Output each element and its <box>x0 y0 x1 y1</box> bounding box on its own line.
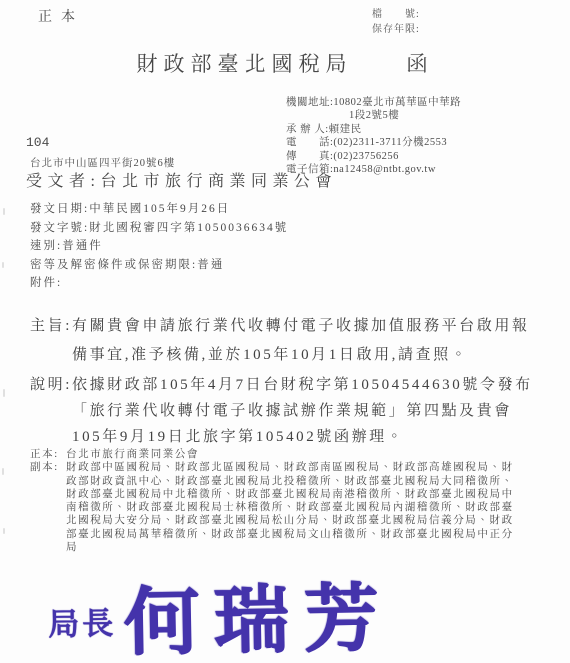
scan-artifact <box>2 262 4 268</box>
document-meta-block: 發文日期:中華民國105年9月26日 發文字號:財北國稅審四字第10500366… <box>30 200 288 293</box>
recipient-line: 受文者:台北市旅行商業同業公會 <box>26 168 337 191</box>
original-recipient-text: 台北市旅行商業同業公會 <box>66 448 514 461</box>
signature-name: 何瑞芳 <box>122 559 393 663</box>
recipient-zip-code: 104 <box>26 135 49 150</box>
document-title: 財政部臺北國稅局 函 <box>0 48 570 78</box>
agency-address-line1: 機關地址:10802臺北市萬華區中華路 <box>286 96 461 109</box>
original-recipient-label: 正本: <box>30 448 66 461</box>
document-number-line: 發文字號:財北國稅審四字第1050036634號 <box>30 219 288 238</box>
copy-recipients-label: 副本: <box>30 461 66 554</box>
security-classification-line: 密等及解密條件或保密期限:普通 <box>30 256 288 275</box>
delivery-speed-line: 速別:普通件 <box>30 237 288 256</box>
attachment-line: 附件: <box>30 274 288 293</box>
subject-clause: 主旨: 有關貴會申請旅行業代收轉付電子收據加值服務平台啟用報備事宜,准予核備,並… <box>30 312 536 370</box>
original-recipient-row: 正本: 台北市旅行商業同業公會 <box>30 448 514 461</box>
director-general-signature-stamp: 局長 何瑞芳 <box>47 559 391 663</box>
description-clause: 說明: 依據財政部105年4月7日台財稅字第10504544630號令發布「旅行… <box>30 372 536 450</box>
signature-post-title: 局長 <box>48 597 117 643</box>
copy-recipients-text: 財政部中區國稅局、財政部北區國稅局、財政部南區國稅局、財政部高雄國稅局、財政部財… <box>66 461 514 554</box>
subject-label: 主旨: <box>30 312 72 370</box>
contact-fax-line: 傳 真:(02)23756256 <box>286 150 461 163</box>
description-text: 依據財政部105年4月7日台財稅字第10504544630號令發布「旅行業代收轉… <box>72 372 536 450</box>
scan-artifact <box>3 528 5 534</box>
subject-text: 有關貴會申請旅行業代收轉付電子收據加值服務平台啟用報備事宜,准予核備,並於105… <box>72 312 536 370</box>
agency-address-line2: 1段2號5樓 <box>349 109 461 122</box>
file-number-label: 檔 號: <box>372 7 420 22</box>
agency-contact-block: 機關地址:10802臺北市萬華區中華路 1段2號5樓 承 辦 人:賴建民 電 話… <box>286 96 461 176</box>
copy-recipients-row: 副本: 財政部中區國稅局、財政部北區國稅局、財政部南區國稅局、財政部高雄國稅局、… <box>30 461 514 554</box>
scan-artifact <box>3 389 5 397</box>
scan-artifact <box>3 208 5 215</box>
file-number-block: 檔 號: 保存年限: <box>372 7 420 37</box>
official-letter-document: 正本 檔 號: 保存年限: 財政部臺北國稅局 函 機關地址:10802臺北市萬華… <box>0 0 570 663</box>
retention-period-label: 保存年限: <box>372 22 420 37</box>
copy-type-label: 正本 <box>38 6 84 26</box>
distribution-block: 正本: 台北市旅行商業同業公會 副本: 財政部中區國稅局、財政部北區國稅局、財政… <box>30 448 514 554</box>
description-label: 說明: <box>30 372 72 450</box>
scan-artifact <box>2 468 4 475</box>
issue-date-line: 發文日期:中華民國105年9月26日 <box>30 200 288 219</box>
contact-phone-line: 電 話:(02)2311-3711分機2553 <box>286 136 461 149</box>
contact-officer-line: 承 辦 人:賴建民 <box>286 123 461 136</box>
